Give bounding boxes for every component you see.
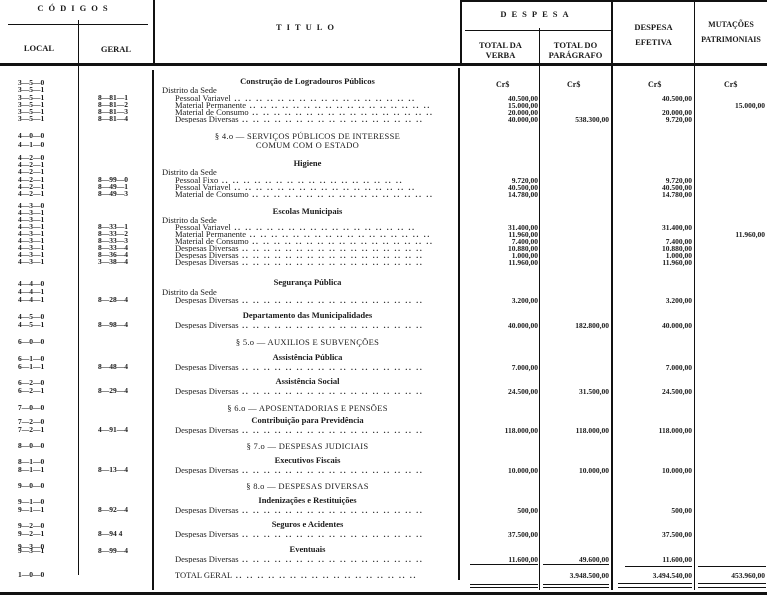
amount-verba: 14.780,00: [462, 191, 538, 199]
geral-code: 8—28—4: [98, 296, 128, 304]
local-code: 9—3—1: [18, 547, 44, 555]
dot-leader: .. .. .. .. .. .. .. .. .. .. .. .. .. .…: [239, 466, 424, 474]
local-code: 4—4—1: [18, 296, 44, 304]
amount-paragrafo: 49.600,00: [540, 556, 609, 564]
category-heading: Eventuais: [160, 545, 455, 553]
category-heading: Construção de Logradouros Públicos: [160, 77, 455, 85]
category-heading: Departamento das Municipalidades: [160, 311, 455, 319]
dot-leader: .. .. .. .. .. .. .. .. .. .. .. .. .. .…: [239, 258, 424, 266]
col-rule-paragrafo-efetiva: [611, 0, 613, 590]
section-heading: § 6.o — APOSENTADORIAS E PENSÕES: [160, 404, 455, 412]
amount-verba: 40.000,00: [462, 116, 538, 124]
category-heading: Contribuição para Previdência: [160, 416, 455, 424]
currency-mutacoes: Cr$: [724, 80, 737, 89]
item-label: TOTAL GERAL .. .. .. .. .. .. .. .. .. .…: [175, 571, 455, 579]
item-label: Despesas Diversas .. .. .. .. .. .. .. .…: [175, 115, 455, 123]
local-code: 1—0—0: [18, 571, 44, 579]
section-heading: § 5.o — AUXILIOS E SUBVENÇÕES: [160, 338, 455, 346]
header-mutacoes: MUTAÇÕES PATRIMONIAIS: [695, 17, 767, 47]
item-label: Despesas Diversas .. .. .. .. .. .. .. .…: [175, 321, 455, 329]
amount-efetiva: 24.500,00: [613, 388, 692, 396]
local-code: 4—0—0: [18, 132, 44, 140]
amount-paragrafo: 182.800,00: [540, 322, 609, 330]
category-heading: Executivos Fiscais: [160, 456, 455, 464]
category-heading: Escolas Municipais: [160, 207, 455, 215]
amount-mutacoes: 11.960,00: [695, 231, 765, 239]
local-code: 4—1—0: [18, 141, 44, 149]
geral-code: 8—29—4: [98, 387, 128, 395]
local-code: 9—1—1: [18, 506, 44, 514]
amount-verba: 37.500,00: [462, 531, 538, 539]
item-label: Despesas Diversas .. .. .. .. .. .. .. .…: [175, 506, 455, 514]
amount-efetiva: 500,00: [613, 507, 692, 515]
category-heading: Indenizações e Restituições: [160, 496, 455, 504]
header-total-verba: TOTAL DA VERBA: [462, 40, 539, 60]
dot-leader: .. .. .. .. .. .. .. .. .. .. .. .. .. .…: [239, 555, 424, 563]
geral-code: 8—98—4: [98, 321, 128, 329]
local-code: 4—5—1: [18, 321, 44, 329]
local-code: 6—1—1: [18, 363, 44, 371]
header-total-paragrafo: TOTAL DO PARÁGRAFO: [540, 40, 611, 60]
amount-efetiva: 37.500,00: [613, 531, 692, 539]
top-rule-right: [462, 0, 767, 2]
currency-paragrafo: Cr$: [567, 80, 580, 89]
dot-leader: .. .. .. .. .. .. .. .. .. .. .. .. .. .…: [239, 115, 424, 123]
section-heading: COMUM COM O ESTADO: [160, 141, 455, 149]
amount-verba: 11.960,00: [462, 259, 538, 267]
local-code: 7—0—0: [18, 404, 44, 412]
amount-paragrafo: 31.500,00: [540, 388, 609, 396]
amount-verba: 24.500,00: [462, 388, 538, 396]
geral-code: 8—13—4: [98, 466, 128, 474]
dot-leader: .. .. .. .. .. .. .. .. .. .. .. .. .. .…: [239, 296, 424, 304]
item-text: Despesas Diversas: [175, 530, 239, 538]
category-heading: Assistência Social: [160, 377, 455, 385]
item-label: Despesas Diversas .. .. .. .. .. .. .. .…: [175, 387, 455, 395]
header-bottom-rule: [0, 63, 767, 66]
district-label: Distrito da Sede: [162, 86, 217, 94]
local-code: 7—2—1: [18, 426, 44, 434]
header-total-verba-line1: TOTAL DA: [462, 40, 539, 50]
local-code: 6—0—0: [18, 338, 44, 346]
total-double-rule-efetiva: [618, 583, 692, 584]
amount-paragrafo: 10.000,00: [540, 467, 609, 475]
local-code: 9—0—0: [18, 482, 44, 490]
dot-leader: .. .. .. .. .. .. .. .. .. .. .. .. .. .…: [239, 506, 424, 514]
total-double-rule-mutacoes: [698, 583, 766, 584]
local-code: 6—2—1: [18, 387, 44, 395]
dot-leader: .. .. .. .. .. .. .. .. .. .. .. .. .. .…: [239, 387, 424, 395]
amount-efetiva: 31.400,00: [613, 224, 692, 232]
dot-leader: .. .. .. .. .. .. .. .. .. .. .. .. .. .…: [232, 571, 417, 579]
footer-rule: [0, 592, 767, 595]
local-code: 4—2—1: [18, 190, 44, 198]
header-despesa-efetiva: DESPESA EFETIVA: [613, 20, 694, 50]
item-text: Despesas Diversas: [175, 321, 239, 329]
geral-code: 8—92—4: [98, 506, 128, 514]
amount-efetiva: 11.960,00: [613, 259, 692, 267]
section-heading: § 8.o — DESPESAS DIVERSAS: [160, 482, 455, 490]
geral-code: 3—38—4: [98, 258, 128, 266]
item-label: Despesas Diversas .. .. .. .. .. .. .. .…: [175, 258, 455, 266]
col-rule-titulo-right-body: [458, 68, 460, 580]
category-heading: Assistência Pública: [160, 353, 455, 361]
dot-leader: .. .. .. .. .. .. .. .. .. .. .. .. .. .…: [239, 321, 424, 329]
header-despesa: DESPESA: [462, 9, 612, 19]
col-rule-geral-titulo: [153, 0, 155, 65]
total-double-rule-paragrafo: [543, 584, 609, 585]
header-total-paragrafo-line1: TOTAL DO: [540, 40, 611, 50]
header-mutacoes-line2: PATRIMONIAIS: [695, 32, 767, 47]
amount-efetiva: 7.000,00: [613, 364, 692, 372]
header-total-verba-line2: VERBA: [462, 50, 539, 60]
header-despesa-efetiva-line1: DESPESA: [613, 20, 694, 35]
category-heading: Segurança Pública: [160, 278, 455, 286]
amount-verba: 500,00: [462, 507, 538, 515]
geral-code: 8—48—4: [98, 363, 128, 371]
local-code: 4—3—1: [18, 258, 44, 266]
amount-efetiva: 118.000,00: [613, 427, 692, 435]
section-heading: § 7.o — DESPESAS JUDICIAIS: [160, 442, 455, 450]
local-code: 8—0—0: [18, 442, 44, 450]
amount-verba: 10.000,00: [462, 467, 538, 475]
geral-code: 8—49—3: [98, 190, 128, 198]
item-text: Despesas Diversas: [175, 426, 239, 434]
header-geral: GERAL: [79, 44, 153, 54]
geral-code: 8—81—4: [98, 115, 128, 123]
item-label: Despesas Diversas .. .. .. .. .. .. .. .…: [175, 466, 455, 474]
item-text: Despesas Diversas: [175, 258, 239, 266]
item-label: Despesas Diversas .. .. .. .. .. .. .. .…: [175, 530, 455, 538]
category-heading: Seguros e Acidentes: [160, 520, 455, 528]
header-mutacoes-line1: MUTAÇÕES: [695, 17, 767, 32]
item-text: Despesas Diversas: [175, 115, 239, 123]
subtotal-rule-efetiva: [625, 566, 692, 567]
amount-verba: 118.000,00: [462, 427, 538, 435]
local-code: 9—2—1: [18, 530, 44, 538]
header-local: LOCAL: [0, 43, 78, 53]
district-label: Distrito da Sede: [162, 168, 217, 176]
item-text: Despesas Diversas: [175, 363, 239, 371]
item-label: Despesas Diversas .. .. .. .. .. .. .. .…: [175, 555, 455, 563]
amount-paragrafo: 118.000,00: [540, 427, 609, 435]
amount-efetiva: 40.500,00: [613, 95, 692, 103]
section-heading: § 4.o — SERVIÇOS PÚBLICOS DE INTERESSE: [160, 132, 455, 140]
amount-efetiva: 10.000,00: [613, 467, 692, 475]
dot-leader: .. .. .. .. .. .. .. .. .. .. .. .. .. .…: [239, 530, 424, 538]
item-text: Material de Consumo: [175, 190, 249, 198]
geral-code: 4—91—4: [98, 426, 128, 434]
amount-efetiva: 3.200,00: [613, 297, 692, 305]
item-text: Despesas Diversas: [175, 466, 239, 474]
header-titulo: TITULO: [155, 22, 460, 32]
item-label: Material de Consumo .. .. .. .. .. .. ..…: [175, 190, 455, 198]
amount-verba: 7.000,00: [462, 364, 538, 372]
amount-mutacoes: 15.000,00: [695, 102, 765, 110]
item-text: Despesas Diversas: [175, 387, 239, 395]
header-total-paragrafo-line2: PARÁGRAFO: [540, 50, 611, 60]
amount-efetiva: 14.780,00: [613, 191, 692, 199]
item-text: Despesas Diversas: [175, 555, 239, 563]
amount-efetiva: 11.600,00: [613, 556, 692, 564]
geral-code: 8—94 4: [98, 530, 122, 538]
dot-leader: .. .. .. .. .. .. .. .. .. .. .. .. .. .…: [239, 426, 424, 434]
currency-verba: Cr$: [496, 80, 509, 89]
header-despesa-efetiva-line2: EFETIVA: [613, 35, 694, 50]
item-text: TOTAL GERAL: [175, 571, 232, 579]
col-rule-titulo-left: [152, 70, 154, 590]
item-text: Despesas Diversas: [175, 296, 239, 304]
dot-leader: .. .. .. .. .. .. .. .. .. .. .. .. .. .…: [249, 190, 434, 198]
dot-leader: .. .. .. .. .. .. .. .. .. .. .. .. .. .…: [239, 363, 424, 371]
currency-efetiva: Cr$: [648, 80, 661, 89]
amount-efetiva: 40.000,00: [613, 322, 692, 330]
amount-mutacoes: 453.960,00: [695, 572, 765, 580]
district-label: Distrito da Sede: [162, 288, 217, 296]
col-rule-efetiva-mutacoes: [694, 0, 695, 590]
geral-code: 8—99—4: [98, 547, 128, 555]
subtotal-rule-verba: [470, 564, 538, 565]
amount-verba: 11.600,00: [462, 556, 538, 564]
header-codigos: CÓDIGOS: [0, 3, 150, 13]
col-rule-local-geral: [78, 20, 79, 575]
amount-verba: 3.200,00: [462, 297, 538, 305]
despesa-sub-rule: [465, 30, 611, 31]
item-label: Despesas Diversas .. .. .. .. .. .. .. .…: [175, 426, 455, 434]
col-rule-verba-paragrafo: [539, 28, 540, 590]
item-label: Despesas Diversas .. .. .. .. .. .. .. .…: [175, 363, 455, 371]
amount-paragrafo: 3.948.500,00: [540, 572, 609, 580]
item-text: Despesas Diversas: [175, 506, 239, 514]
item-label: Despesas Diversas .. .. .. .. .. .. .. .…: [175, 296, 455, 304]
amount-efetiva: 9.720,00: [613, 116, 692, 124]
subtotal-rule-mutacoes: [698, 566, 766, 567]
amount-efetiva: 3.494.540,00: [613, 572, 692, 580]
local-code: 3—5—1: [18, 115, 44, 123]
amount-paragrafo: 538.300,00: [540, 116, 609, 124]
local-code: 8—1—1: [18, 466, 44, 474]
total-double-rule-verba: [470, 584, 538, 585]
category-heading: Higiene: [160, 159, 455, 167]
subtotal-rule-paragrafo: [543, 564, 609, 565]
amount-verba: 40.000,00: [462, 322, 538, 330]
